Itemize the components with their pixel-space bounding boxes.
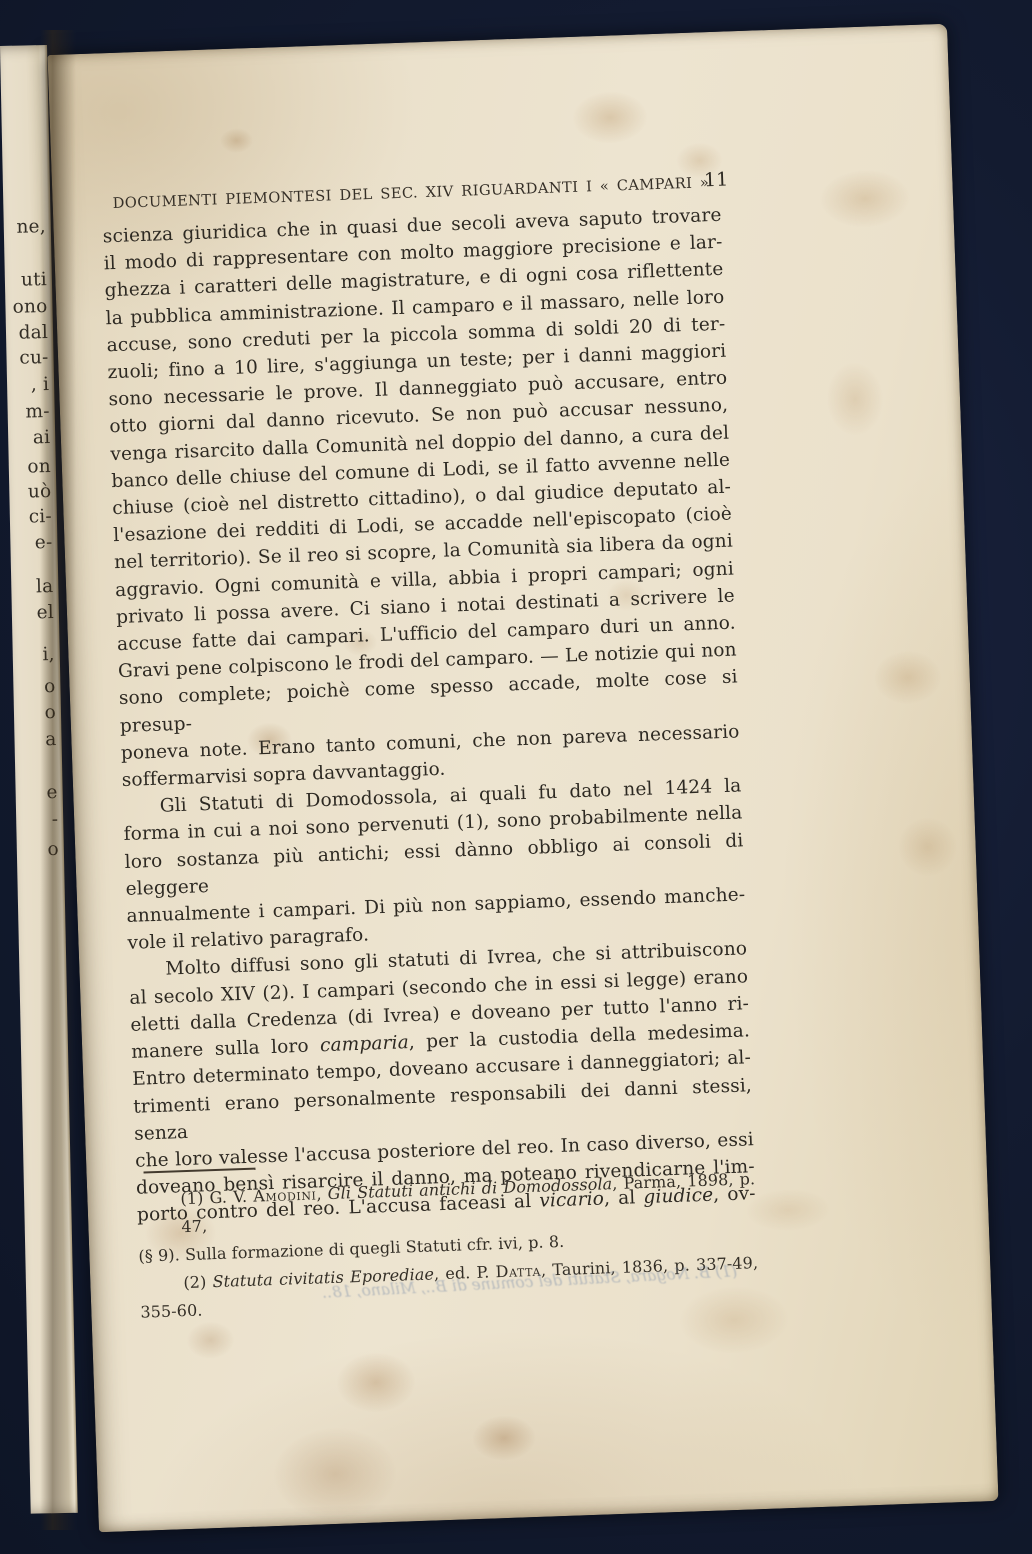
facing-page-fragment: a bbox=[45, 731, 57, 750]
facing-page-fragment: - bbox=[52, 811, 59, 830]
facing-page-fragment: ono bbox=[12, 298, 47, 317]
footnotes: (1) G. V. Amodini, Gli Statuti antichi d… bbox=[136, 1165, 760, 1327]
facing-page-fragment: i, bbox=[42, 646, 55, 665]
facing-page-fragment: ne, bbox=[16, 218, 46, 237]
facing-page-fragment: e bbox=[46, 784, 58, 803]
facing-page-fragment: o bbox=[47, 841, 59, 860]
facing-page-fragment: ai bbox=[33, 429, 51, 448]
body-text: scienza giuridica che in quasi due secol… bbox=[102, 202, 756, 1230]
facing-page-fragment: , i bbox=[31, 376, 50, 395]
page-number: 11 bbox=[704, 168, 729, 191]
facing-page-fragment: o bbox=[44, 704, 56, 723]
facing-page-fragment: m- bbox=[25, 403, 50, 422]
facing-page-fragment: cu- bbox=[19, 349, 49, 368]
facing-page-fragment: o bbox=[44, 678, 56, 697]
facing-page-fragment: uti bbox=[21, 271, 47, 290]
book-page: DOCUMENTI PIEMONTESI DEL SEC. XIV RIGUAR… bbox=[47, 24, 998, 1533]
facing-page-fragment: e- bbox=[35, 534, 53, 553]
facing-page-line-fragments: ne,utionodalcu-, im-aionuòci-e-laeli,ooa… bbox=[0, 45, 47, 46]
facing-page-fragment: el bbox=[36, 604, 54, 623]
book-photo: ne,utionodalcu-, im-aionuòci-e-laeli,ooa… bbox=[0, 0, 1032, 1554]
facing-page-fragment: on bbox=[27, 458, 51, 477]
facing-page-fragment: ci- bbox=[29, 508, 53, 527]
facing-page-fragment: la bbox=[36, 578, 54, 597]
facing-page-fragment: uò bbox=[28, 483, 52, 502]
page-content: DOCUMENTI PIEMONTESI DEL SEC. XIV RIGUAR… bbox=[101, 172, 766, 1523]
facing-page-fragment: dal bbox=[18, 324, 48, 343]
